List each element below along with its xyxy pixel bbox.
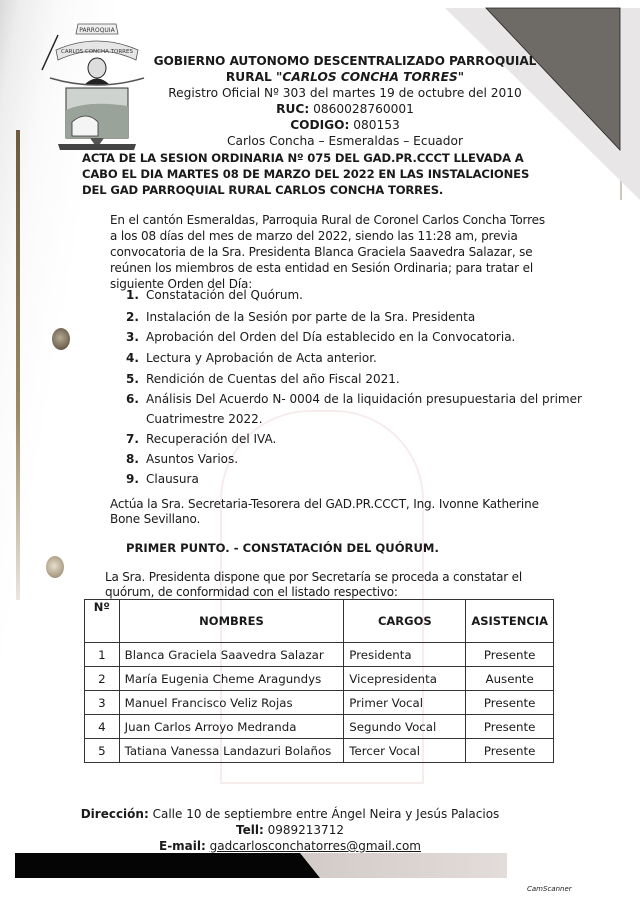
- agenda-item: 1.Constatación del Quórum.: [126, 288, 566, 302]
- parish-name: "CARLOS CONCHA TORRES": [276, 70, 464, 84]
- table-row: 4 Juan Carlos Arroyo Medranda Segundo Vo…: [85, 715, 554, 739]
- institution-header: GOBIERNO AUTONOMO DESCENTRALIZADO PARROQ…: [150, 54, 540, 148]
- location: Carlos Concha – Esmeraldas – Ecuador: [150, 134, 540, 148]
- email-link[interactable]: gadcarlosconchatorres@gmail.com: [210, 839, 421, 853]
- footer-decorative-bar: [15, 853, 507, 878]
- punch-hole-bottom: [46, 556, 64, 578]
- camscanner-watermark: CamScanner: [527, 885, 572, 893]
- svg-text:CARLOS CONCHA TORRES: CARLOS CONCHA TORRES: [61, 49, 133, 55]
- footer-contact: Dirección: Calle 10 de septiembre entre …: [80, 806, 500, 854]
- agenda-item: 6.Análisis Del Acuerdo N- 0004 de la liq…: [126, 392, 566, 406]
- footer-phone: Tell: 0989213712: [80, 822, 500, 838]
- agenda-item: 7.Recuperación del IVA.: [126, 432, 566, 446]
- institution-name: GOBIERNO AUTONOMO DESCENTRALIZADO PARROQ…: [150, 54, 540, 68]
- table-header-row: Nº NOMBRES CARGOS ASISTENCIA: [85, 600, 554, 643]
- table-row: 2 María Eugenia Cheme Aragundys Vicepres…: [85, 667, 554, 691]
- agenda-item-continuation: Cuatrimestre 2022.: [146, 412, 263, 426]
- quorum-paragraph: La Sra. Presidenta dispone que por Secre…: [105, 570, 565, 600]
- intro-paragraph: En el cantón Esmeraldas, Parroquia Rural…: [110, 212, 555, 292]
- attendance-table: Nº NOMBRES CARGOS ASISTENCIA 1 Blanca Gr…: [84, 599, 554, 763]
- column-header-asistencia: ASISTENCIA: [466, 600, 554, 643]
- column-header-cargos: CARGOS: [344, 600, 466, 643]
- section-heading-primer-punto: PRIMER PUNTO. - CONSTATACIÓN DEL QUÓRUM.: [126, 541, 439, 555]
- parish-coat-of-arms-logo: PARROQUIA CARLOS CONCHA TORRES: [38, 10, 148, 150]
- agenda-item: 9.Clausura: [126, 472, 566, 486]
- codigo: CODIGO: 080153: [150, 118, 540, 132]
- agenda-item: 2.Instalación de la Sesión por parte de …: [126, 310, 566, 324]
- column-header-number: Nº: [85, 600, 120, 643]
- acting-secretary-paragraph: Actúa la Sra. Secretaria-Tesorera del GA…: [110, 497, 560, 527]
- institution-name-line2: RURAL "CARLOS CONCHA TORRES": [150, 70, 540, 84]
- footer-email: E-mail: gadcarlosconchatorres@gmail.com: [80, 838, 500, 854]
- agenda-item: 8.Asuntos Varios.: [126, 452, 566, 466]
- agenda-item: 5.Rendición de Cuentas del año Fiscal 20…: [126, 372, 566, 386]
- footer-address: Dirección: Calle 10 de septiembre entre …: [80, 806, 500, 822]
- paper-edge-left: [16, 130, 20, 600]
- table-row: 1 Blanca Graciela Saavedra Salazar Presi…: [85, 643, 554, 667]
- agenda-item: 4.Lectura y Aprobación de Acta anterior.: [126, 351, 566, 365]
- punch-hole-top: [52, 328, 70, 350]
- table-row: 3 Manuel Francisco Veliz Rojas Primer Vo…: [85, 691, 554, 715]
- ruc: RUC: 0860028760001: [150, 102, 540, 116]
- acta-title: ACTA DE LA SESION ORDINARIA Nº 075 DEL G…: [82, 150, 552, 198]
- column-header-nombres: NOMBRES: [119, 600, 344, 643]
- agenda-item: 3.Aprobación del Orden del Día estableci…: [126, 330, 566, 344]
- table-row: 5 Tatiana Vanessa Landazuri Bolaños Terc…: [85, 739, 554, 763]
- svg-text:PARROQUIA: PARROQUIA: [79, 27, 115, 34]
- registro-oficial: Registro Oficial Nº 303 del martes 19 de…: [150, 86, 540, 100]
